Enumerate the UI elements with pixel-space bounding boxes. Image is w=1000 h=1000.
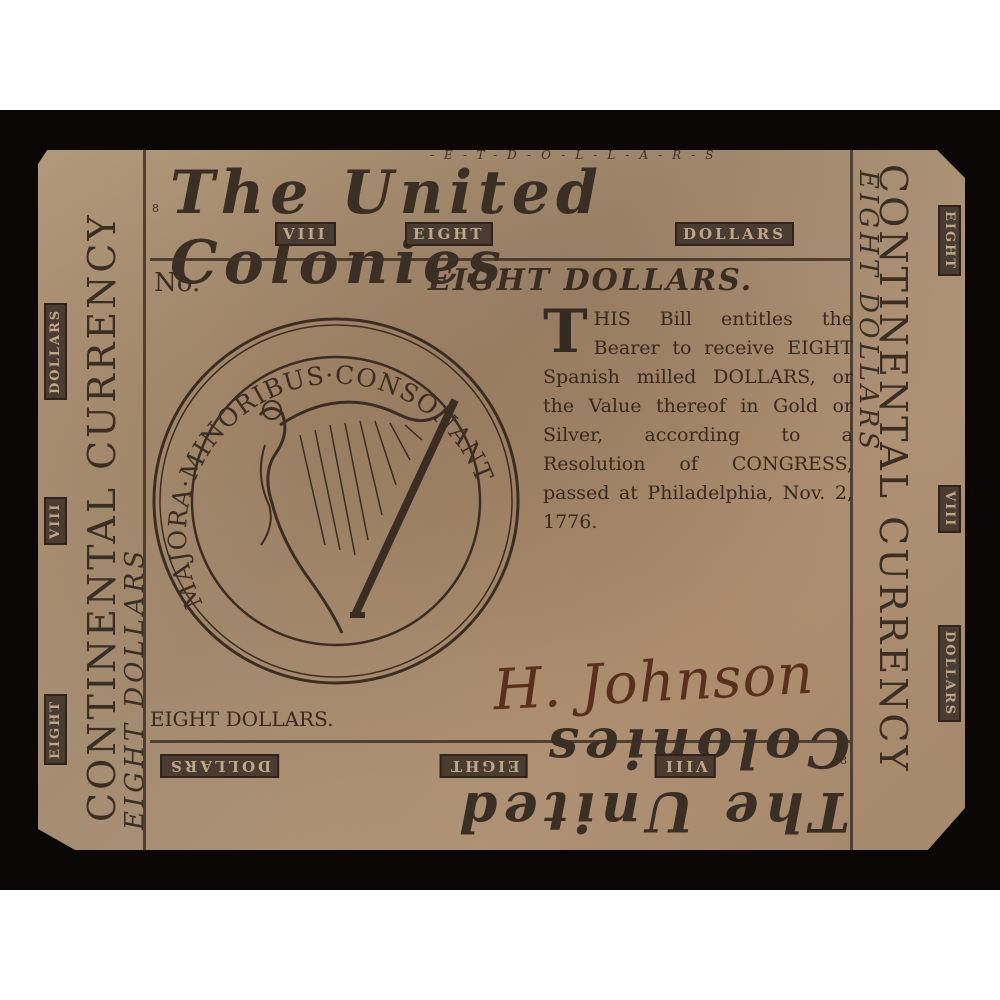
right-plate-numeral: VIII <box>938 485 961 533</box>
right-plate-dollars: DOLLARS <box>938 625 961 722</box>
bottom-plate-marker: 8 <box>840 754 847 767</box>
bill-body-text: T HIS Bill entitles the Bearer to receiv… <box>543 305 853 537</box>
left-inner-rule <box>143 150 146 850</box>
harp-icon <box>260 400 455 633</box>
serial-number-label: No. <box>154 268 200 298</box>
bottom-banner: The United Colonies DOLLARS EIGHT VIII 8 <box>150 746 850 846</box>
right-border: EIGHT DOLLARS CONTINENTAL CURRENCY EIGHT… <box>853 150 965 850</box>
bottom-plate-numeral: VIII <box>655 754 716 778</box>
left-plate-eight: EIGHT <box>44 694 67 765</box>
harp-seal: MAJORA·MINORIBUS·CONSONANT <box>150 315 522 687</box>
right-plate-eight: EIGHT <box>938 205 961 276</box>
left-plate-numeral: VIII <box>44 497 67 545</box>
denomination-heading: EIGHT DOLLARS. <box>428 263 753 298</box>
left-plate-dollars: DOLLARS <box>44 303 67 400</box>
bottom-plate-eight: EIGHT <box>440 754 528 778</box>
signature: H. Johnson <box>492 642 816 724</box>
bottom-banner-title: The United Colonies <box>160 716 850 844</box>
currency-note: DOLLARS VIII EIGHT CONTINENTAL CURRENCY … <box>38 150 965 850</box>
top-rule <box>150 258 850 261</box>
top-banner: -E-T-D-O-L-L-A-R-S The United Colonies V… <box>150 150 850 250</box>
bottom-plate-dollars: DOLLARS <box>160 754 279 778</box>
top-plate-eight: EIGHT <box>405 222 493 246</box>
left-border: DOLLARS VIII EIGHT CONTINENTAL CURRENCY … <box>38 150 150 850</box>
body-dropcap: T <box>543 307 588 357</box>
left-side-title: CONTINENTAL CURRENCY <box>80 212 124 822</box>
body-paragraph: HIS Bill entitles the Bearer to receive … <box>543 308 853 533</box>
top-plate-dollars: DOLLARS <box>675 222 794 246</box>
top-plate-numeral: VIII <box>275 222 336 246</box>
right-side-title: CONTINENTAL CURRENCY <box>871 164 915 774</box>
top-plate-marker: 8 <box>152 202 159 215</box>
